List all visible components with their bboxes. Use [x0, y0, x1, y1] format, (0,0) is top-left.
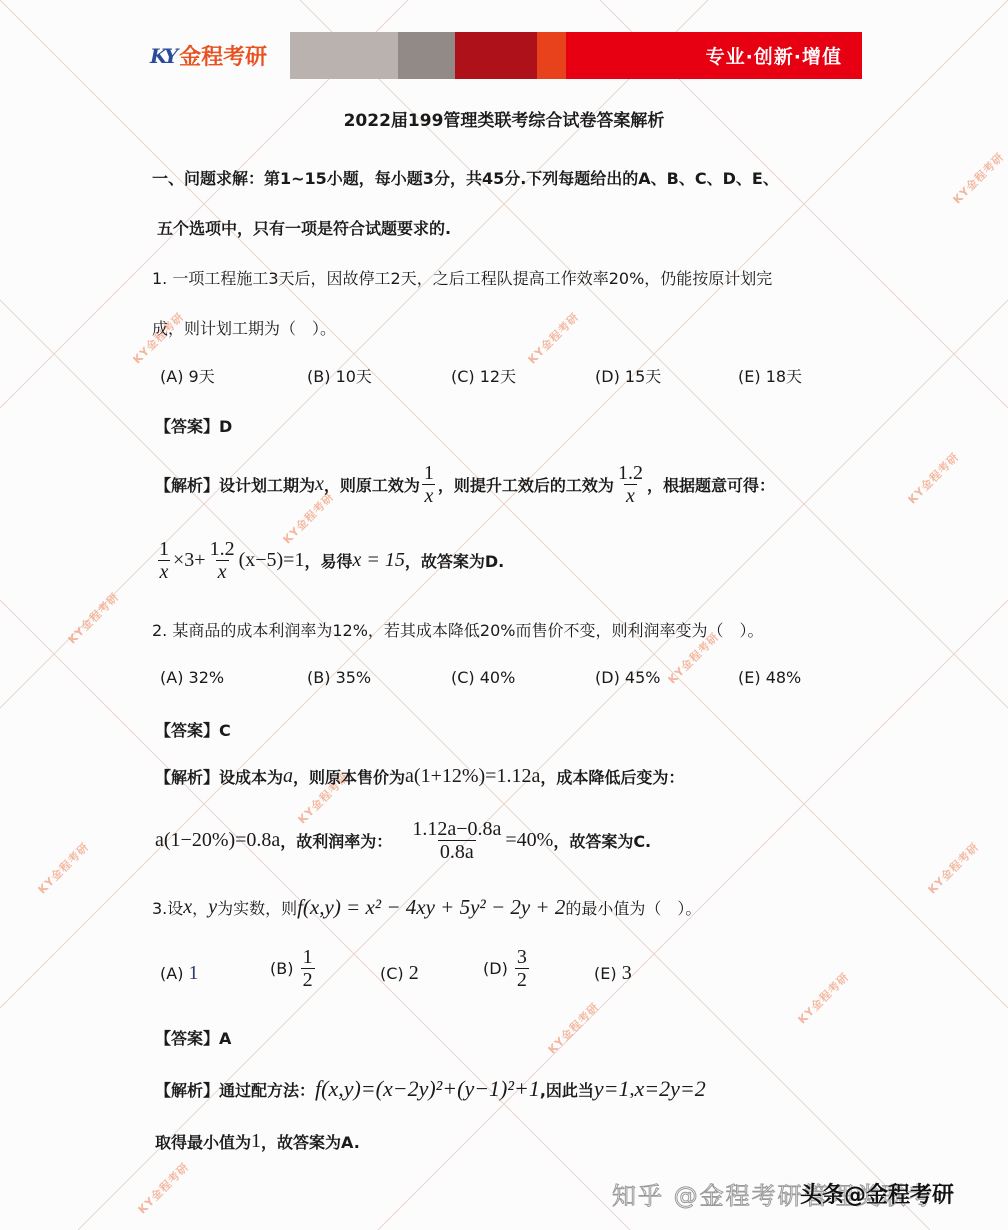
slogan: 专业·创新·增值: [706, 42, 842, 69]
banner-band-dark-red: [455, 32, 537, 79]
q3-answer: 【答案】A: [155, 1026, 231, 1049]
header-banner: KY 金程考研 专业·创新·增值: [150, 32, 862, 79]
section-heading-cont: 五个选项中，只有一项是符合试题要求的.: [157, 216, 451, 239]
brand-name: 金程考研: [179, 40, 267, 71]
banner-band-light-gray: [290, 32, 398, 79]
q1-option-b: (B) 10天: [307, 364, 372, 387]
q1-analysis-equation: 1x ×3+ 1.2x (x−5) =1 ，易得 x = 15 ，故答案为D.: [155, 538, 504, 583]
q2-option-e: (E) 48%: [738, 668, 801, 687]
banner-band-orange: [537, 32, 566, 79]
banner-band-red: 专业·创新·增值: [566, 32, 862, 79]
ky-logo-mark: KY: [150, 44, 175, 68]
q2-answer: 【答案】C: [155, 718, 231, 741]
q2-analysis-equation: a(1−20%)=0.8a ，故利润率为： 1.12a−0.8a0.8a =40…: [155, 818, 651, 863]
q1-option-d: (D) 15天: [595, 364, 661, 387]
q1-answer: 【答案】D: [155, 414, 232, 437]
exam-answer-page: KY 金程考研 专业·创新·增值 2022届199管理类联考综合试卷答案解析 一…: [0, 0, 1008, 1230]
q1-option-c: (C) 12天: [451, 364, 516, 387]
q2-option-b: (B) 35%: [307, 668, 371, 687]
q2-option-d: (D) 45%: [595, 668, 660, 687]
question-1-stem-cont: 成，则计划工期为（ ）。: [152, 316, 336, 339]
brand-logo: KY 金程考研: [150, 32, 290, 79]
question-2-stem: 2. 某商品的成本利润率为12%，若其成本降低20%而售价不变，则利润率变为（ …: [152, 618, 763, 641]
q3-analysis: 【解析】通过配方法： f(x,y)=(x−2y)²+(y−1)²+1 ,因此当 …: [155, 1076, 706, 1102]
q2-option-c: (C) 40%: [451, 668, 515, 687]
q3-option-b: (B) 12: [270, 946, 317, 991]
q3-option-d: (D) 32: [483, 946, 531, 991]
q3-option-e: (E) 3: [594, 962, 632, 985]
q1-analysis: 【解析】设计划工期为 x ，则原工效为 1x ，则提升工效后的工效为 1.2x …: [155, 462, 775, 507]
q3-option-c: (C) 2: [380, 962, 419, 985]
q2-analysis: 【解析】设成本为 a ，则原本售价为 a(1+12%)=1.12a ，成本降低后…: [155, 765, 684, 788]
q3-analysis-cont: 取得最小值为 1 ，故答案为A.: [155, 1130, 360, 1153]
fraction: 1.2x: [208, 538, 237, 583]
question-1-stem: 1. 一项工程施工3天后，因故停工2天，之后工程队提高工作效率20%，仍能按原计…: [152, 266, 772, 289]
page-title: 2022届199管理类联考综合试卷答案解析: [0, 106, 1008, 131]
question-3-stem: 3.设 x ， y 为实数，则 f(x,y) = x² − 4xy + 5y² …: [152, 895, 701, 920]
q1-option-e: (E) 18天: [738, 364, 802, 387]
banner-band-dark-gray: [398, 32, 455, 79]
q2-option-a: (A) 32%: [160, 668, 224, 687]
fraction: 1x: [157, 538, 171, 583]
fraction: 1.12a−0.8a0.8a: [410, 818, 503, 863]
fraction: 1.2x: [616, 462, 645, 507]
section-heading: 一、问题求解：第1~15小题，每小题3分，共45分.下列每题给出的A、B、C、D…: [152, 166, 779, 189]
fraction: 1x: [422, 462, 436, 507]
q1-option-a: (A) 9天: [160, 364, 215, 387]
q3-option-a: (A) 1: [160, 962, 199, 985]
toutiao-watermark: 头条@金程考研: [800, 1178, 954, 1209]
